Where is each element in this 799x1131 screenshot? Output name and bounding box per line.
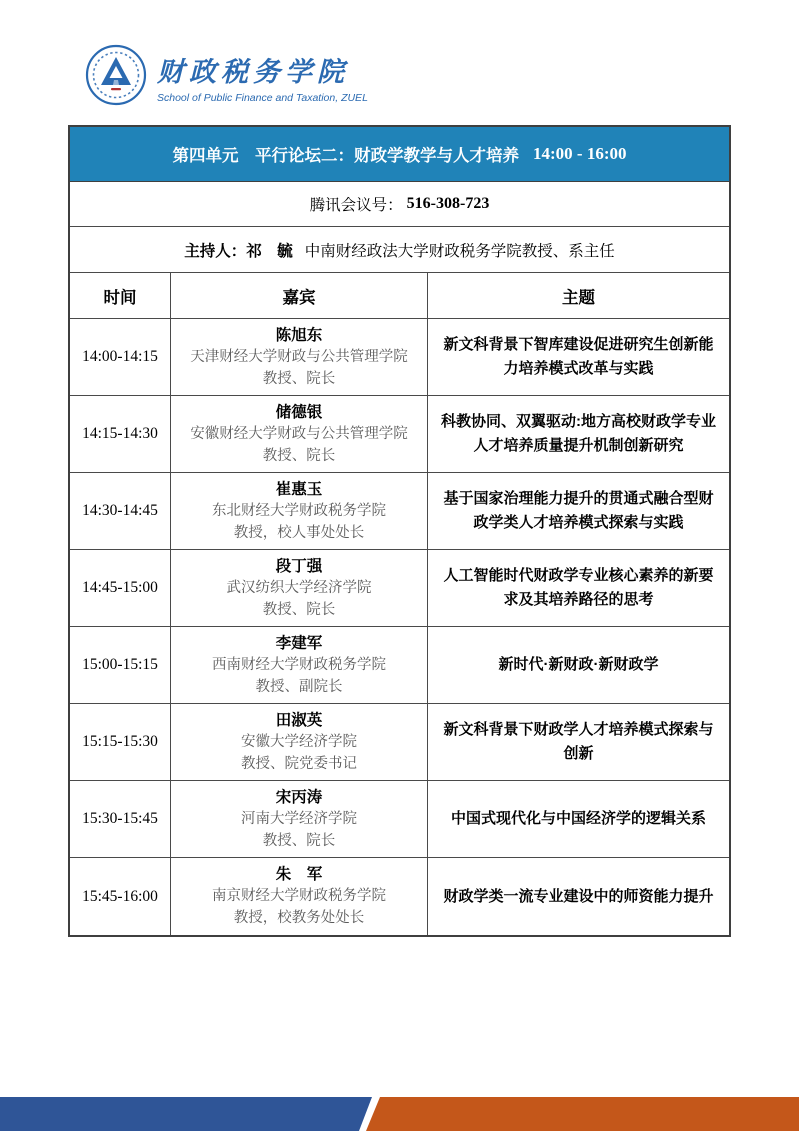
header-time: 时间 bbox=[70, 273, 171, 318]
guest-affiliation: 天津财经大学财政与公共管理学院 bbox=[190, 347, 408, 369]
guest-cell: 田淑英 安徽大学经济学院 教授、院党委书记 bbox=[171, 704, 428, 780]
guest-cell: 储德银 安徽财经大学财政与公共管理学院 教授、院长 bbox=[171, 396, 428, 472]
time-cell: 14:30-14:45 bbox=[70, 473, 171, 549]
guest-name: 崔惠玉 bbox=[276, 478, 323, 501]
time-cell: 14:15-14:30 bbox=[70, 396, 171, 472]
guest-affiliation: 安徽财经大学财政与公共管理学院 bbox=[190, 424, 408, 446]
time-cell: 15:45-16:00 bbox=[70, 858, 171, 935]
guest-title: 教授，校教务处处长 bbox=[234, 908, 365, 930]
agenda-table: 第四单元 平行论坛二：财政学教学与人才培养 14:00 - 16:00 腾讯会议… bbox=[68, 125, 731, 937]
guest-cell: 崔惠玉 东北财经大学财政税务学院 教授，校人事处处长 bbox=[171, 473, 428, 549]
university-seal-icon bbox=[85, 44, 147, 106]
table-body: 14:00-14:15 陈旭东 天津财经大学财政与公共管理学院 教授、院长 新文… bbox=[70, 319, 729, 935]
host-name: 主持人：祁 毓 bbox=[184, 239, 293, 261]
guest-title: 教授、院长 bbox=[263, 369, 336, 391]
table-row: 14:15-14:30 储德银 安徽财经大学财政与公共管理学院 教授、院长 科教… bbox=[70, 396, 729, 473]
guest-cell: 陈旭东 天津财经大学财政与公共管理学院 教授、院长 bbox=[171, 319, 428, 395]
session-time: 14:00 - 16:00 bbox=[533, 144, 626, 164]
school-name-en: School of Public Finance and Taxation, Z… bbox=[157, 92, 368, 104]
table-row: 15:45-16:00 朱 军 南京财经大学财政税务学院 教授，校教务处处长 财… bbox=[70, 858, 729, 935]
guest-title: 教授、院长 bbox=[263, 600, 336, 622]
host-description: 中南财经政法大学财政税务学院教授、系主任 bbox=[305, 239, 615, 261]
time-cell: 15:30-15:45 bbox=[70, 781, 171, 857]
guest-name: 朱 军 bbox=[276, 863, 323, 886]
time-cell: 14:00-14:15 bbox=[70, 319, 171, 395]
guest-affiliation: 河南大学经济学院 bbox=[241, 809, 357, 831]
guest-title: 教授，校人事处处长 bbox=[234, 523, 365, 545]
header-guest: 嘉宾 bbox=[171, 273, 428, 318]
guest-cell: 李建军 西南财经大学财政税务学院 教授、副院长 bbox=[171, 627, 428, 703]
time-cell: 14:45-15:00 bbox=[70, 550, 171, 626]
footer-orange-ribbon bbox=[366, 1097, 799, 1131]
meeting-id-value: 516-308-723 bbox=[407, 195, 490, 213]
school-name-zh: 财政税务学院 bbox=[157, 50, 368, 89]
topic-cell: 新时代·新财政·新财政学 bbox=[428, 627, 729, 703]
guest-title: 教授、院党委书记 bbox=[241, 754, 357, 776]
host-row: 主持人：祁 毓 中南财经政法大学财政税务学院教授、系主任 bbox=[70, 227, 729, 273]
time-cell: 15:00-15:15 bbox=[70, 627, 171, 703]
guest-cell: 朱 军 南京财经大学财政税务学院 教授，校教务处处长 bbox=[171, 858, 428, 935]
topic-cell: 中国式现代化与中国经济学的逻辑关系 bbox=[428, 781, 729, 857]
logo-text-block: 财政税务学院 School of Public Finance and Taxa… bbox=[157, 46, 368, 104]
table-row: 15:15-15:30 田淑英 安徽大学经济学院 教授、院党委书记 新文科背景下… bbox=[70, 704, 729, 781]
topic-cell: 基于国家治理能力提升的贯通式融合型财政学类人才培养模式探索与实践 bbox=[428, 473, 729, 549]
table-row: 14:00-14:15 陈旭东 天津财经大学财政与公共管理学院 教授、院长 新文… bbox=[70, 319, 729, 396]
topic-cell: 财政学类一流专业建设中的师资能力提升 bbox=[428, 858, 729, 935]
topic-cell: 新文科背景下智库建设促进研究生创新能力培养模式改革与实践 bbox=[428, 319, 729, 395]
meeting-id-row: 腾讯会议号： 516-308-723 bbox=[70, 182, 729, 227]
table-header-row: 时间 嘉宾 主题 bbox=[70, 273, 729, 319]
topic-cell: 科教协同、双翼驱动:地方高校财政学专业人才培养质量提升机制创新研究 bbox=[428, 396, 729, 472]
guest-title: 教授、副院长 bbox=[256, 677, 343, 699]
school-logo: 财政税务学院 School of Public Finance and Taxa… bbox=[85, 44, 368, 106]
footer-blue-ribbon bbox=[0, 1097, 372, 1131]
topic-cell: 新文科背景下财政学人才培养模式探索与创新 bbox=[428, 704, 729, 780]
guest-title: 教授、院长 bbox=[263, 446, 336, 468]
table-row: 15:30-15:45 宋丙涛 河南大学经济学院 教授、院长 中国式现代化与中国… bbox=[70, 781, 729, 858]
guest-name: 宋丙涛 bbox=[276, 786, 323, 809]
guest-cell: 宋丙涛 河南大学经济学院 教授、院长 bbox=[171, 781, 428, 857]
meeting-id-label: 腾讯会议号： bbox=[310, 193, 403, 215]
guest-affiliation: 东北财经大学财政税务学院 bbox=[212, 501, 386, 523]
topic-cell: 人工智能时代财政学专业核心素养的新要求及其培养路径的思考 bbox=[428, 550, 729, 626]
session-header-band: 第四单元 平行论坛二：财政学教学与人才培养 14:00 - 16:00 bbox=[70, 127, 729, 182]
guest-name: 陈旭东 bbox=[276, 324, 323, 347]
guest-affiliation: 南京财经大学财政税务学院 bbox=[212, 886, 386, 908]
conference-agenda-page: { "logo": { "name_zh": "财政税务学院", "name_e… bbox=[0, 0, 799, 1131]
session-title: 第四单元 平行论坛二：财政学教学与人才培养 bbox=[173, 142, 520, 166]
table-row: 14:45-15:00 段丁强 武汉纺织大学经济学院 教授、院长 人工智能时代财… bbox=[70, 550, 729, 627]
guest-name: 李建军 bbox=[276, 632, 323, 655]
header-topic: 主题 bbox=[428, 273, 729, 318]
table-row: 14:30-14:45 崔惠玉 东北财经大学财政税务学院 教授，校人事处处长 基… bbox=[70, 473, 729, 550]
guest-title: 教授、院长 bbox=[263, 831, 336, 853]
guest-affiliation: 安徽大学经济学院 bbox=[241, 732, 357, 754]
guest-cell: 段丁强 武汉纺织大学经济学院 教授、院长 bbox=[171, 550, 428, 626]
guest-name: 储德银 bbox=[276, 401, 323, 424]
guest-name: 田淑英 bbox=[276, 709, 323, 732]
guest-affiliation: 西南财经大学财政税务学院 bbox=[212, 655, 386, 677]
time-cell: 15:15-15:30 bbox=[70, 704, 171, 780]
guest-name: 段丁强 bbox=[276, 555, 323, 578]
table-row: 15:00-15:15 李建军 西南财经大学财政税务学院 教授、副院长 新时代·… bbox=[70, 627, 729, 704]
guest-affiliation: 武汉纺织大学经济学院 bbox=[227, 578, 372, 600]
